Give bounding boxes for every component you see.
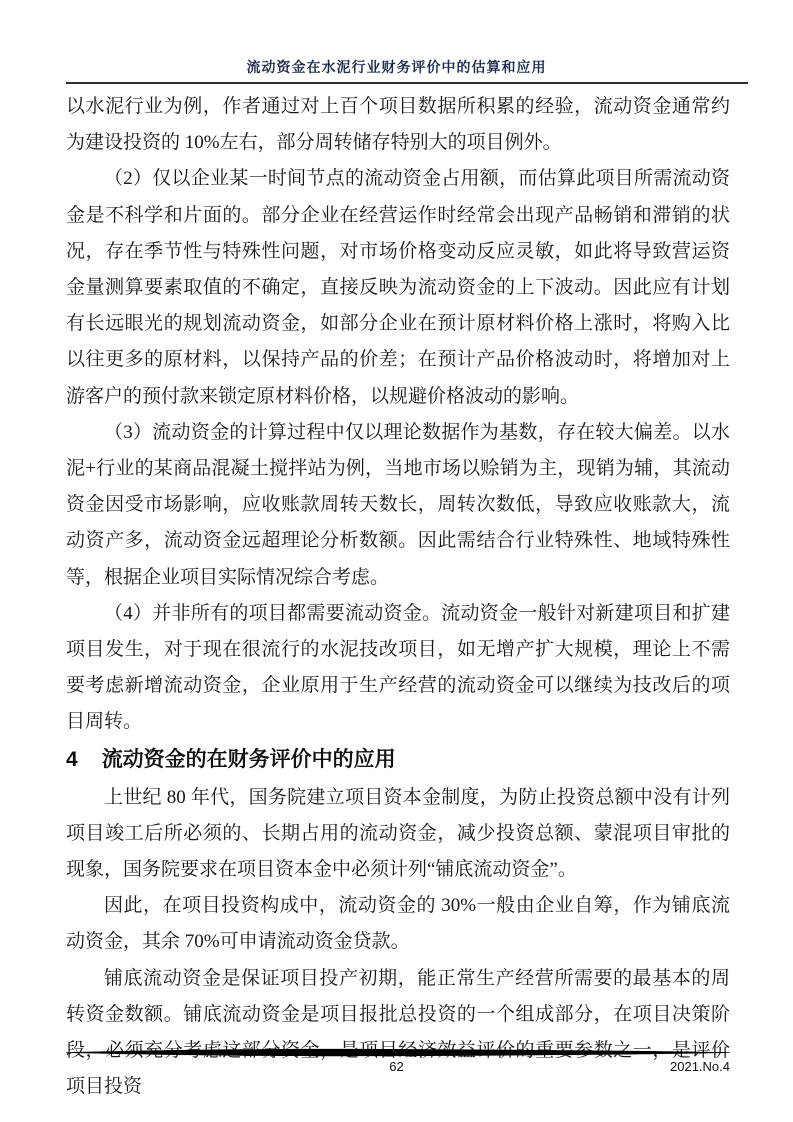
section-title: 流动资金的在财务评价中的应用 <box>102 748 396 771</box>
footer: 62 2021.No.4 <box>0 1059 793 1077</box>
paragraph: 以水泥行业为例，作者通过对上百个项目数据所积累的经验，流动资金通常约为建设投资的… <box>66 89 730 161</box>
paragraph: 因此，在项目投资构成中，流动资金的 30%一般由企业自筹，作为铺底流动资金，其余… <box>66 888 730 960</box>
section-number: 4 <box>66 746 78 774</box>
section-heading: 4流动资金的在财务评价中的应用 <box>66 746 730 774</box>
document-page: 流动资金在水泥行业财务评价中的估算和应用 以水泥行业为例，作者通过对上百个项目数… <box>0 0 793 1122</box>
paragraph: （4）并非所有的项目都需要流动资金。流动资金一般针对新建项目和扩建项目发生，对于… <box>66 596 730 741</box>
paragraph: （2）仅以企业某一时间节点的流动资金占用额，而估算此项目所需流动资金是不科学和片… <box>66 161 730 414</box>
paragraph: （3）流动资金的计算过程中仅以理论数据作为基数，存在较大偏差。以水泥+行业的某商… <box>66 415 730 596</box>
body-text: 以水泥行业为例，作者通过对上百个项目数据所积累的经验，流动资金通常约为建设投资的… <box>66 89 730 1105</box>
header-rule <box>66 82 748 84</box>
paragraph: 铺底流动资金是保证项目投产初期，能正常生产经营所需要的最基本的周转资金数额。铺底… <box>66 961 730 1106</box>
footer-divider-bar <box>66 1048 730 1057</box>
issue-number: 2021.No.4 <box>670 1059 730 1074</box>
running-title: 流动资金在水泥行业财务评价中的估算和应用 <box>0 57 793 77</box>
tapered-bar-icon <box>66 1048 730 1057</box>
paragraph: 上世纪 80 年代，国务院建立项目资本金制度，为防止投资总额中没有计列项目竣工后… <box>66 780 730 889</box>
